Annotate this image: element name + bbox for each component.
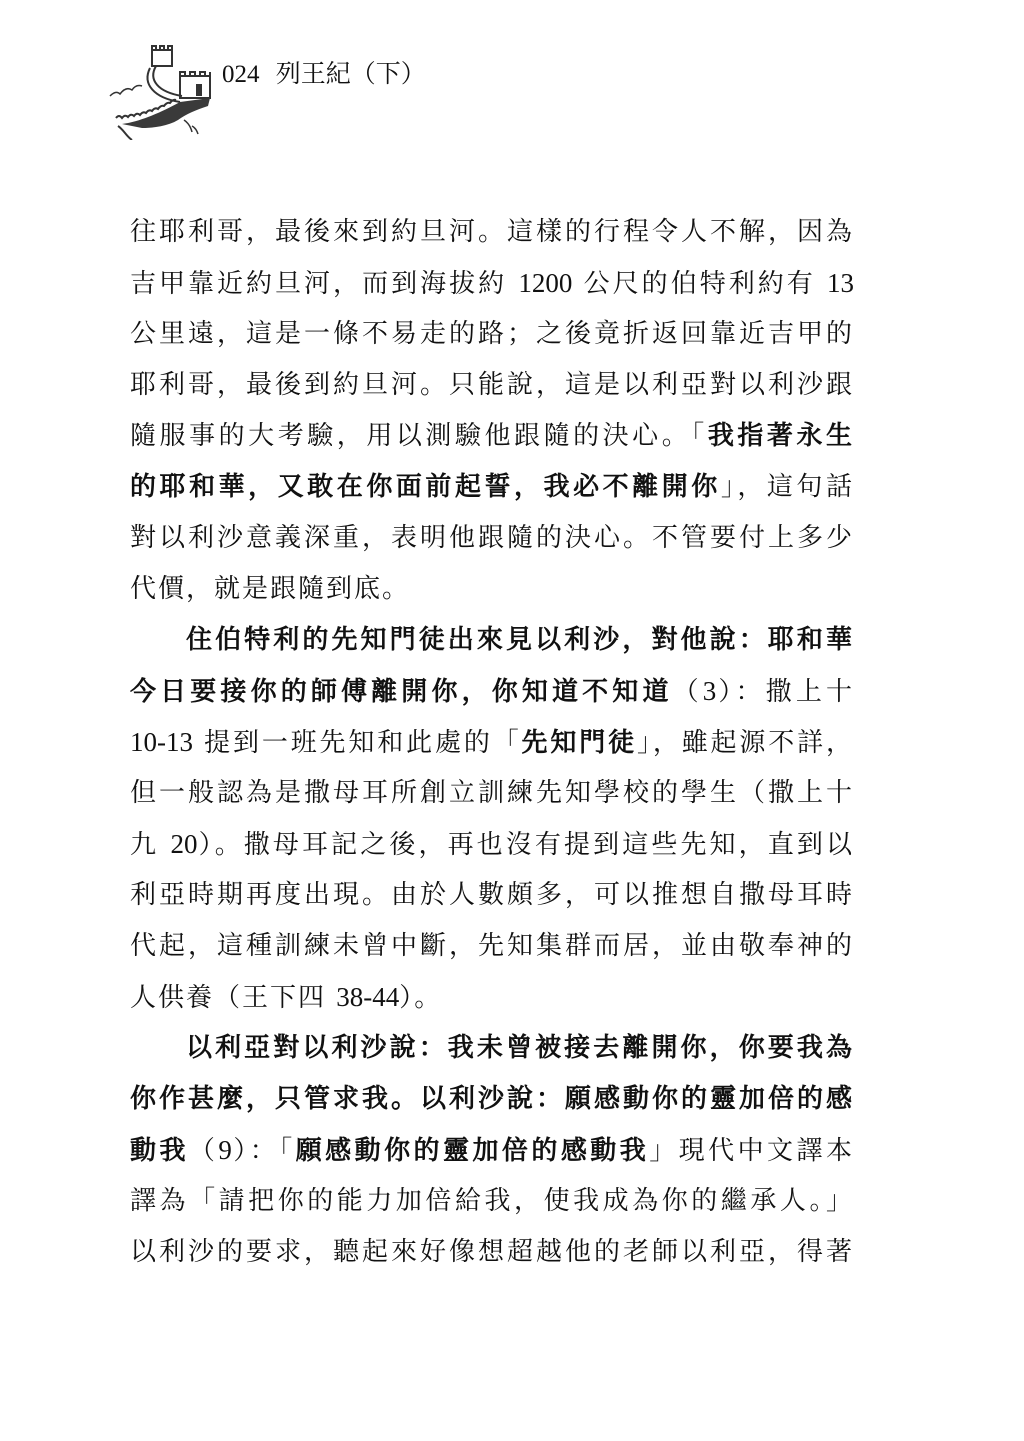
text-run: 吉甲靠近約旦河，而到海拔約	[130, 269, 518, 299]
bold-text: 住伯特利的先知門徒出來見以利沙，對他說：耶和華	[186, 625, 854, 655]
text-run: 利亞時期再度出現。由於人數頗多，可以推想自撒母耳時	[130, 880, 854, 910]
text-run: 」，雖起源不詳，	[637, 728, 854, 758]
text-line: 人供養（王下四 38-44）。	[130, 972, 854, 1023]
text-run: 對以利沙意義深重，表明他跟隨的決心。不管要付上多少	[130, 523, 854, 553]
text-run: 9	[218, 1135, 232, 1165]
text-line: 以利沙的要求，聽起來好像想超越他的老師以利亞，得著	[130, 1227, 854, 1278]
text-line: 吉甲靠近約旦河，而到海拔約 1200 公尺的伯特利約有 13	[130, 258, 854, 309]
text-line: 但一般認為是撒母耳所創立訓練先知學校的學生（撒上十	[130, 768, 854, 819]
text-run: ）：撒上十	[716, 677, 854, 707]
text-run: 耶利哥，最後到約旦河。只能說，這是以利亞對以利沙跟	[130, 370, 854, 400]
text-line: 利亞時期再度出現。由於人數頗多，可以推想自撒母耳時	[130, 870, 854, 921]
text-line: 隨服事的大考驗，用以測驗他跟隨的決心。「我指著永生	[130, 411, 854, 462]
bold-text: 你作甚麼，只管求我。以利沙說：願感動你的靈加倍的感	[130, 1084, 854, 1114]
text-run: 20	[170, 829, 197, 859]
text-run: 公里遠，這是一條不易走的路；之後竟折返回靠近吉甲的	[130, 319, 854, 349]
text-run: 3	[703, 676, 717, 706]
text-run: ）：「	[232, 1136, 296, 1166]
text-line: 公里遠，這是一條不易走的路；之後竟折返回靠近吉甲的	[130, 309, 854, 360]
text-run: 以利沙的要求，聽起來好像想超越他的老師以利亞，得著	[130, 1237, 854, 1267]
bold-text: 的耶和華，又敢在你面前起誓，我必不離開你	[130, 472, 721, 502]
text-line: 代起，這種訓練未曾中斷，先知集群而居，並由敬奉神的	[130, 921, 854, 972]
text-run: 提到一班先知和此處的「	[193, 728, 522, 758]
page-header: 024 列王紀（下）	[108, 40, 528, 140]
text-line: 住伯特利的先知門徒出來見以利沙，對他說：耶和華	[130, 615, 854, 666]
text-line: 今日要接你的師傅離開你，你知道不知道（3）：撒上十	[130, 666, 854, 717]
text-run: 九	[130, 830, 170, 860]
text-run: 」現代中文譯本	[649, 1136, 854, 1166]
text-run: 往耶利哥，最後來到約旦河。這樣的行程令人不解，因為	[130, 217, 854, 247]
text-line: 耶利哥，最後到約旦河。只能說，這是以利亞對以利沙跟	[130, 360, 854, 411]
text-run: ）。撒母耳記之後，再也沒有提到這些先知，直到以	[197, 830, 854, 860]
text-run: 10-13	[130, 727, 193, 757]
bold-text: 今日要接你的師傅離開你，你知道不知道	[130, 677, 673, 707]
text-line: 往耶利哥，最後來到約旦河。這樣的行程令人不解，因為	[130, 207, 854, 258]
text-run: （	[189, 1136, 218, 1166]
text-run: 人供養（王下四	[130, 983, 336, 1013]
text-line: 動我（9）：「願感動你的靈加倍的感動我」現代中文譯本	[130, 1125, 854, 1176]
text-run: 但一般認為是撒母耳所創立訓練先知學校的學生（撒上十	[130, 778, 854, 808]
text-line: 的耶和華，又敢在你面前起誓，我必不離開你」，這句話	[130, 462, 854, 513]
text-run: ）。	[399, 983, 442, 1013]
bold-text: 願感動你的靈加倍的感動我	[296, 1136, 649, 1166]
bold-text: 以利亞對以利沙說：我未曾被接去離開你，你要我為	[186, 1033, 854, 1063]
text-line: 代價，就是跟隨到底。	[130, 564, 854, 615]
text-line: 你作甚麼，只管求我。以利沙說：願感動你的靈加倍的感	[130, 1074, 854, 1125]
text-run: 譯為「請把你的能力加倍給我，使我成為你的繼承人。」	[130, 1186, 854, 1216]
running-title: 024 列王紀（下）	[222, 60, 426, 90]
text-line: 10-13 提到一班先知和此處的「先知門徒」，雖起源不詳，	[130, 717, 854, 768]
book-title: 列王紀（下）	[276, 61, 426, 88]
great-wall-icon	[108, 40, 220, 140]
page-number: 024	[222, 61, 260, 88]
text-run: （	[673, 677, 703, 707]
text-run: 公尺的伯特利約有	[572, 269, 827, 299]
text-run: 1200	[518, 268, 572, 298]
body-text: 往耶利哥，最後來到約旦河。這樣的行程令人不解，因為吉甲靠近約旦河，而到海拔約 1…	[130, 207, 854, 1278]
text-run: 隨服事的大考驗，用以測驗他跟隨的決心。「	[130, 421, 708, 451]
bold-text: 先知門徒	[522, 728, 637, 758]
text-run: 」，這句話	[721, 472, 854, 502]
text-line: 譯為「請把你的能力加倍給我，使我成為你的繼承人。」	[130, 1176, 854, 1227]
text-run: 代價，就是跟隨到底。	[130, 574, 410, 604]
text-run: 代起，這種訓練未曾中斷，先知集群而居，並由敬奉神的	[130, 931, 854, 961]
text-line: 以利亞對以利沙說：我未曾被接去離開你，你要我為	[130, 1023, 854, 1074]
text-line: 對以利沙意義深重，表明他跟隨的決心。不管要付上多少	[130, 513, 854, 564]
text-run: 38-44	[336, 982, 399, 1012]
text-run: 13	[827, 268, 854, 298]
text-line: 九 20）。撒母耳記之後，再也沒有提到這些先知，直到以	[130, 819, 854, 870]
bold-text: 動我	[130, 1136, 189, 1166]
bold-text: 我指著永生	[708, 421, 854, 451]
